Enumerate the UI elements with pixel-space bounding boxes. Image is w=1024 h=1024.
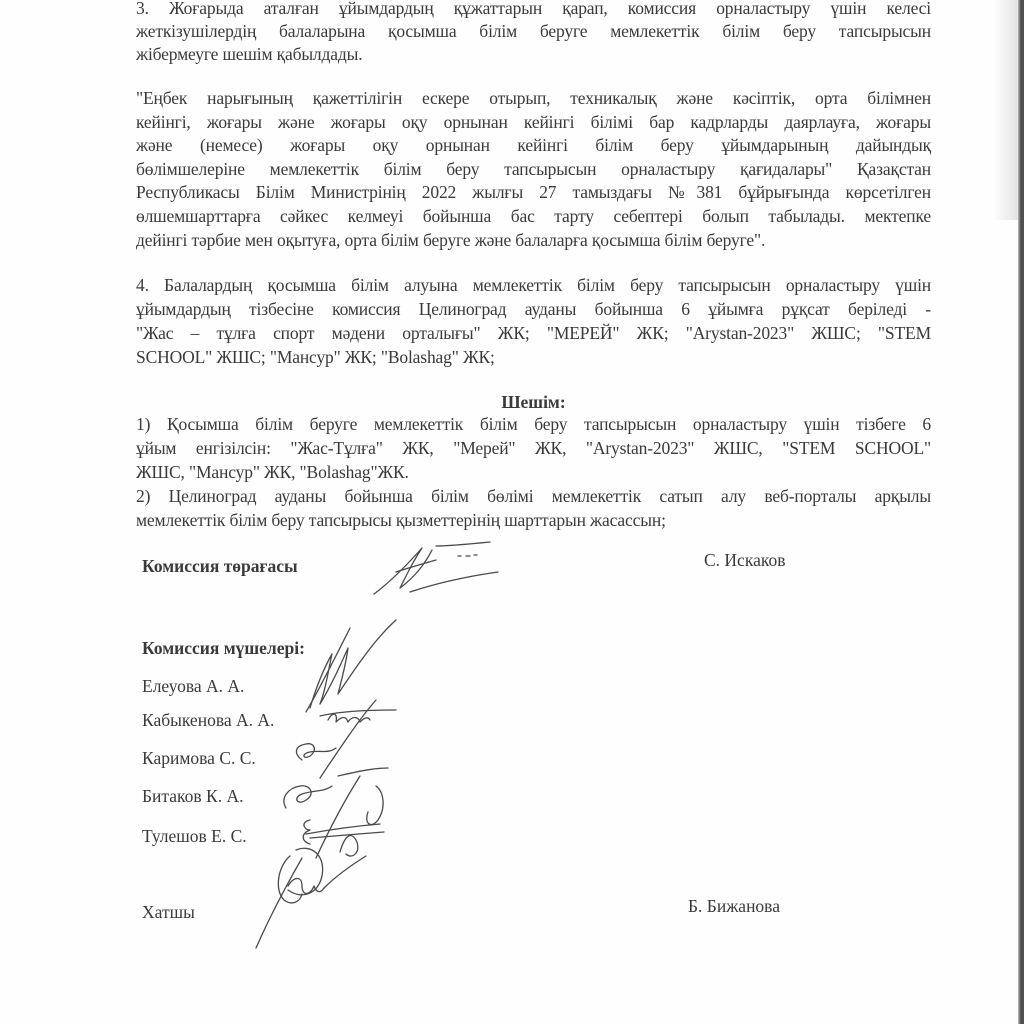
text-line: жеткізушілердің балаларына қосымша білім…	[136, 21, 931, 41]
text-line: ЖШС, "Мансур" ЖК, "Bolashag"ЖК.	[136, 462, 931, 482]
text-line: 2) Целиноград ауданы бойынша білім бөлім…	[136, 486, 931, 506]
member-name: Каримова С. С.	[142, 748, 256, 768]
scanned-document-page: 3. Жоғарыда аталған ұйымдардың құжаттары…	[0, 0, 1024, 1024]
text-line: 3. Жоғарыда аталған ұйымдардың құжаттары…	[136, 0, 931, 18]
text-line: Республикасы Білім Министрінің 2022 жылғ…	[136, 182, 931, 202]
text-line: дейінгі тәрбие мен оқытуға, орта білім б…	[136, 230, 931, 250]
text-line: жібермеуге шешім қабылдады.	[136, 44, 931, 64]
secretary-label: Хатшы	[142, 902, 195, 922]
text-line: мемлекеттік білім беру тапсырысы қызметт…	[136, 510, 931, 530]
secretary-name: Б. Бижанова	[688, 896, 780, 916]
page-edge-shade	[994, 0, 1018, 220]
text-line: SCHOOL" ЖШС; "Мансур" ЖК; "Bolashag" ЖК;	[136, 347, 931, 367]
secretary-signature-icon	[230, 846, 380, 956]
chairman-signature-icon	[370, 538, 510, 608]
text-line: 1) Қосымша білім беруге мемлекеттік білі…	[136, 414, 931, 434]
text-line: "Еңбек нарығының қажеттілігін ескере оты…	[136, 88, 931, 108]
member-name: Кабыкенова А. А.	[142, 710, 274, 730]
chairman-label: Комиссия төрағасы	[142, 556, 298, 576]
member-name: Елеуова А. А.	[142, 676, 244, 696]
decision-heading: Шешім:	[136, 392, 931, 412]
text-line: кейінгі, жоғары және жоғары оқу орнынан …	[136, 112, 931, 132]
chairman-name: С. Искаков	[704, 550, 785, 570]
member-name: Тулешов Е. С.	[142, 826, 247, 846]
text-line: ұйымдардың тізбесіне комиссия Целиноград…	[136, 299, 931, 319]
text-line: ұйым енгізілсін: "Жас-Тұлға" ЖК, "Мерей"…	[136, 438, 931, 458]
text-line: өлшемшарттарға сәйкес келмеуі бойынша ба…	[136, 206, 931, 226]
text-line: бөлімшелеріне мемлекеттік білім беру тап…	[136, 159, 931, 179]
text-line: 4. Балалардың қосымша білім алуына мемле…	[136, 275, 931, 295]
text-line: және (немесе) жоғары оқу орнынан кейінгі…	[136, 135, 931, 155]
page-edge-shadow	[1018, 0, 1024, 1024]
member-name: Битаков К. А.	[142, 786, 243, 806]
text-line: "Жас – тұлға спорт мәдени орталығы" ЖК; …	[136, 323, 931, 343]
